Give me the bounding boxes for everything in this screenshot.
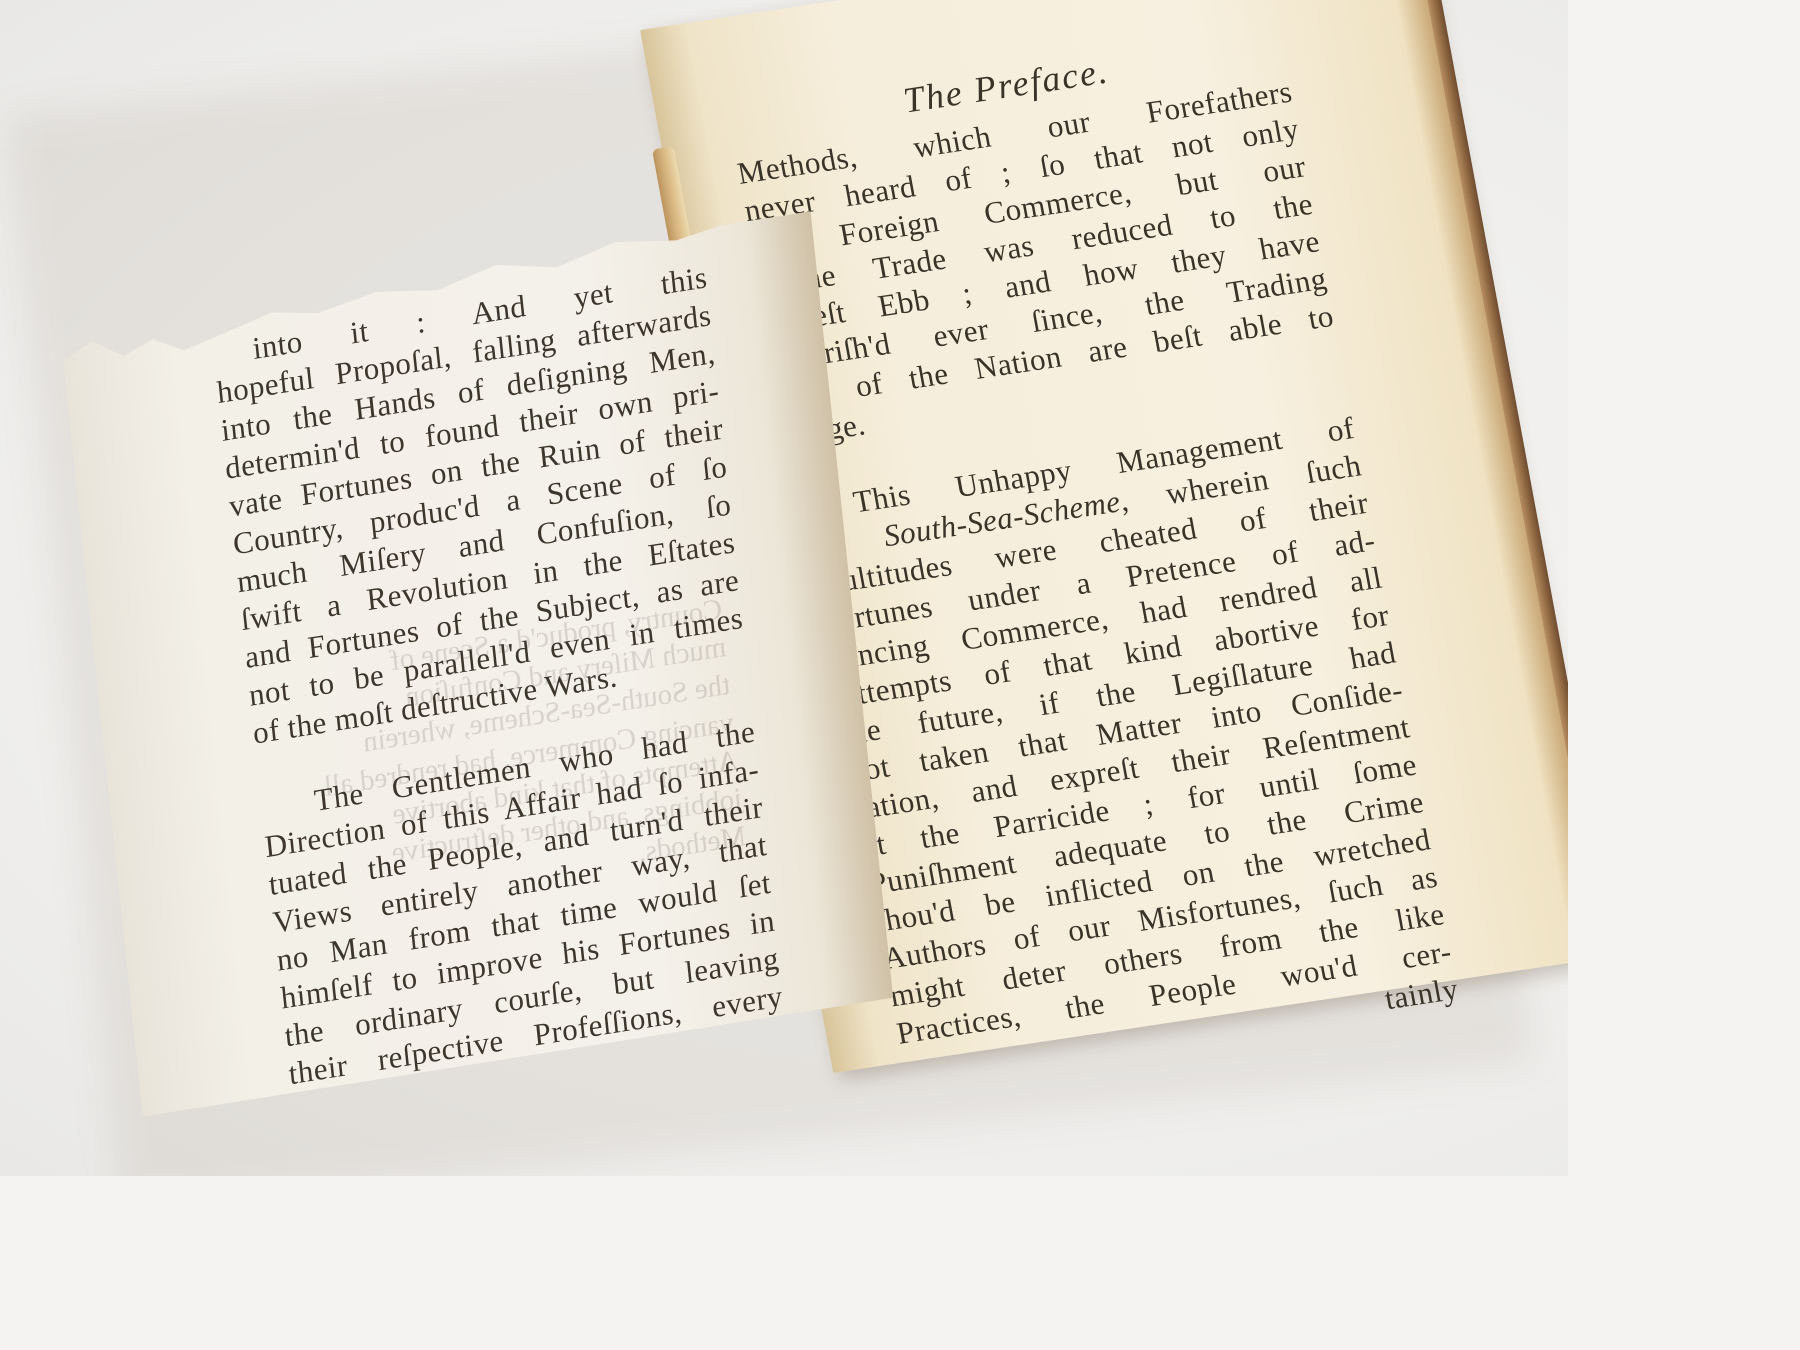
photo-scene: The Preface. Methods, which our Forefath… — [0, 0, 1568, 1176]
